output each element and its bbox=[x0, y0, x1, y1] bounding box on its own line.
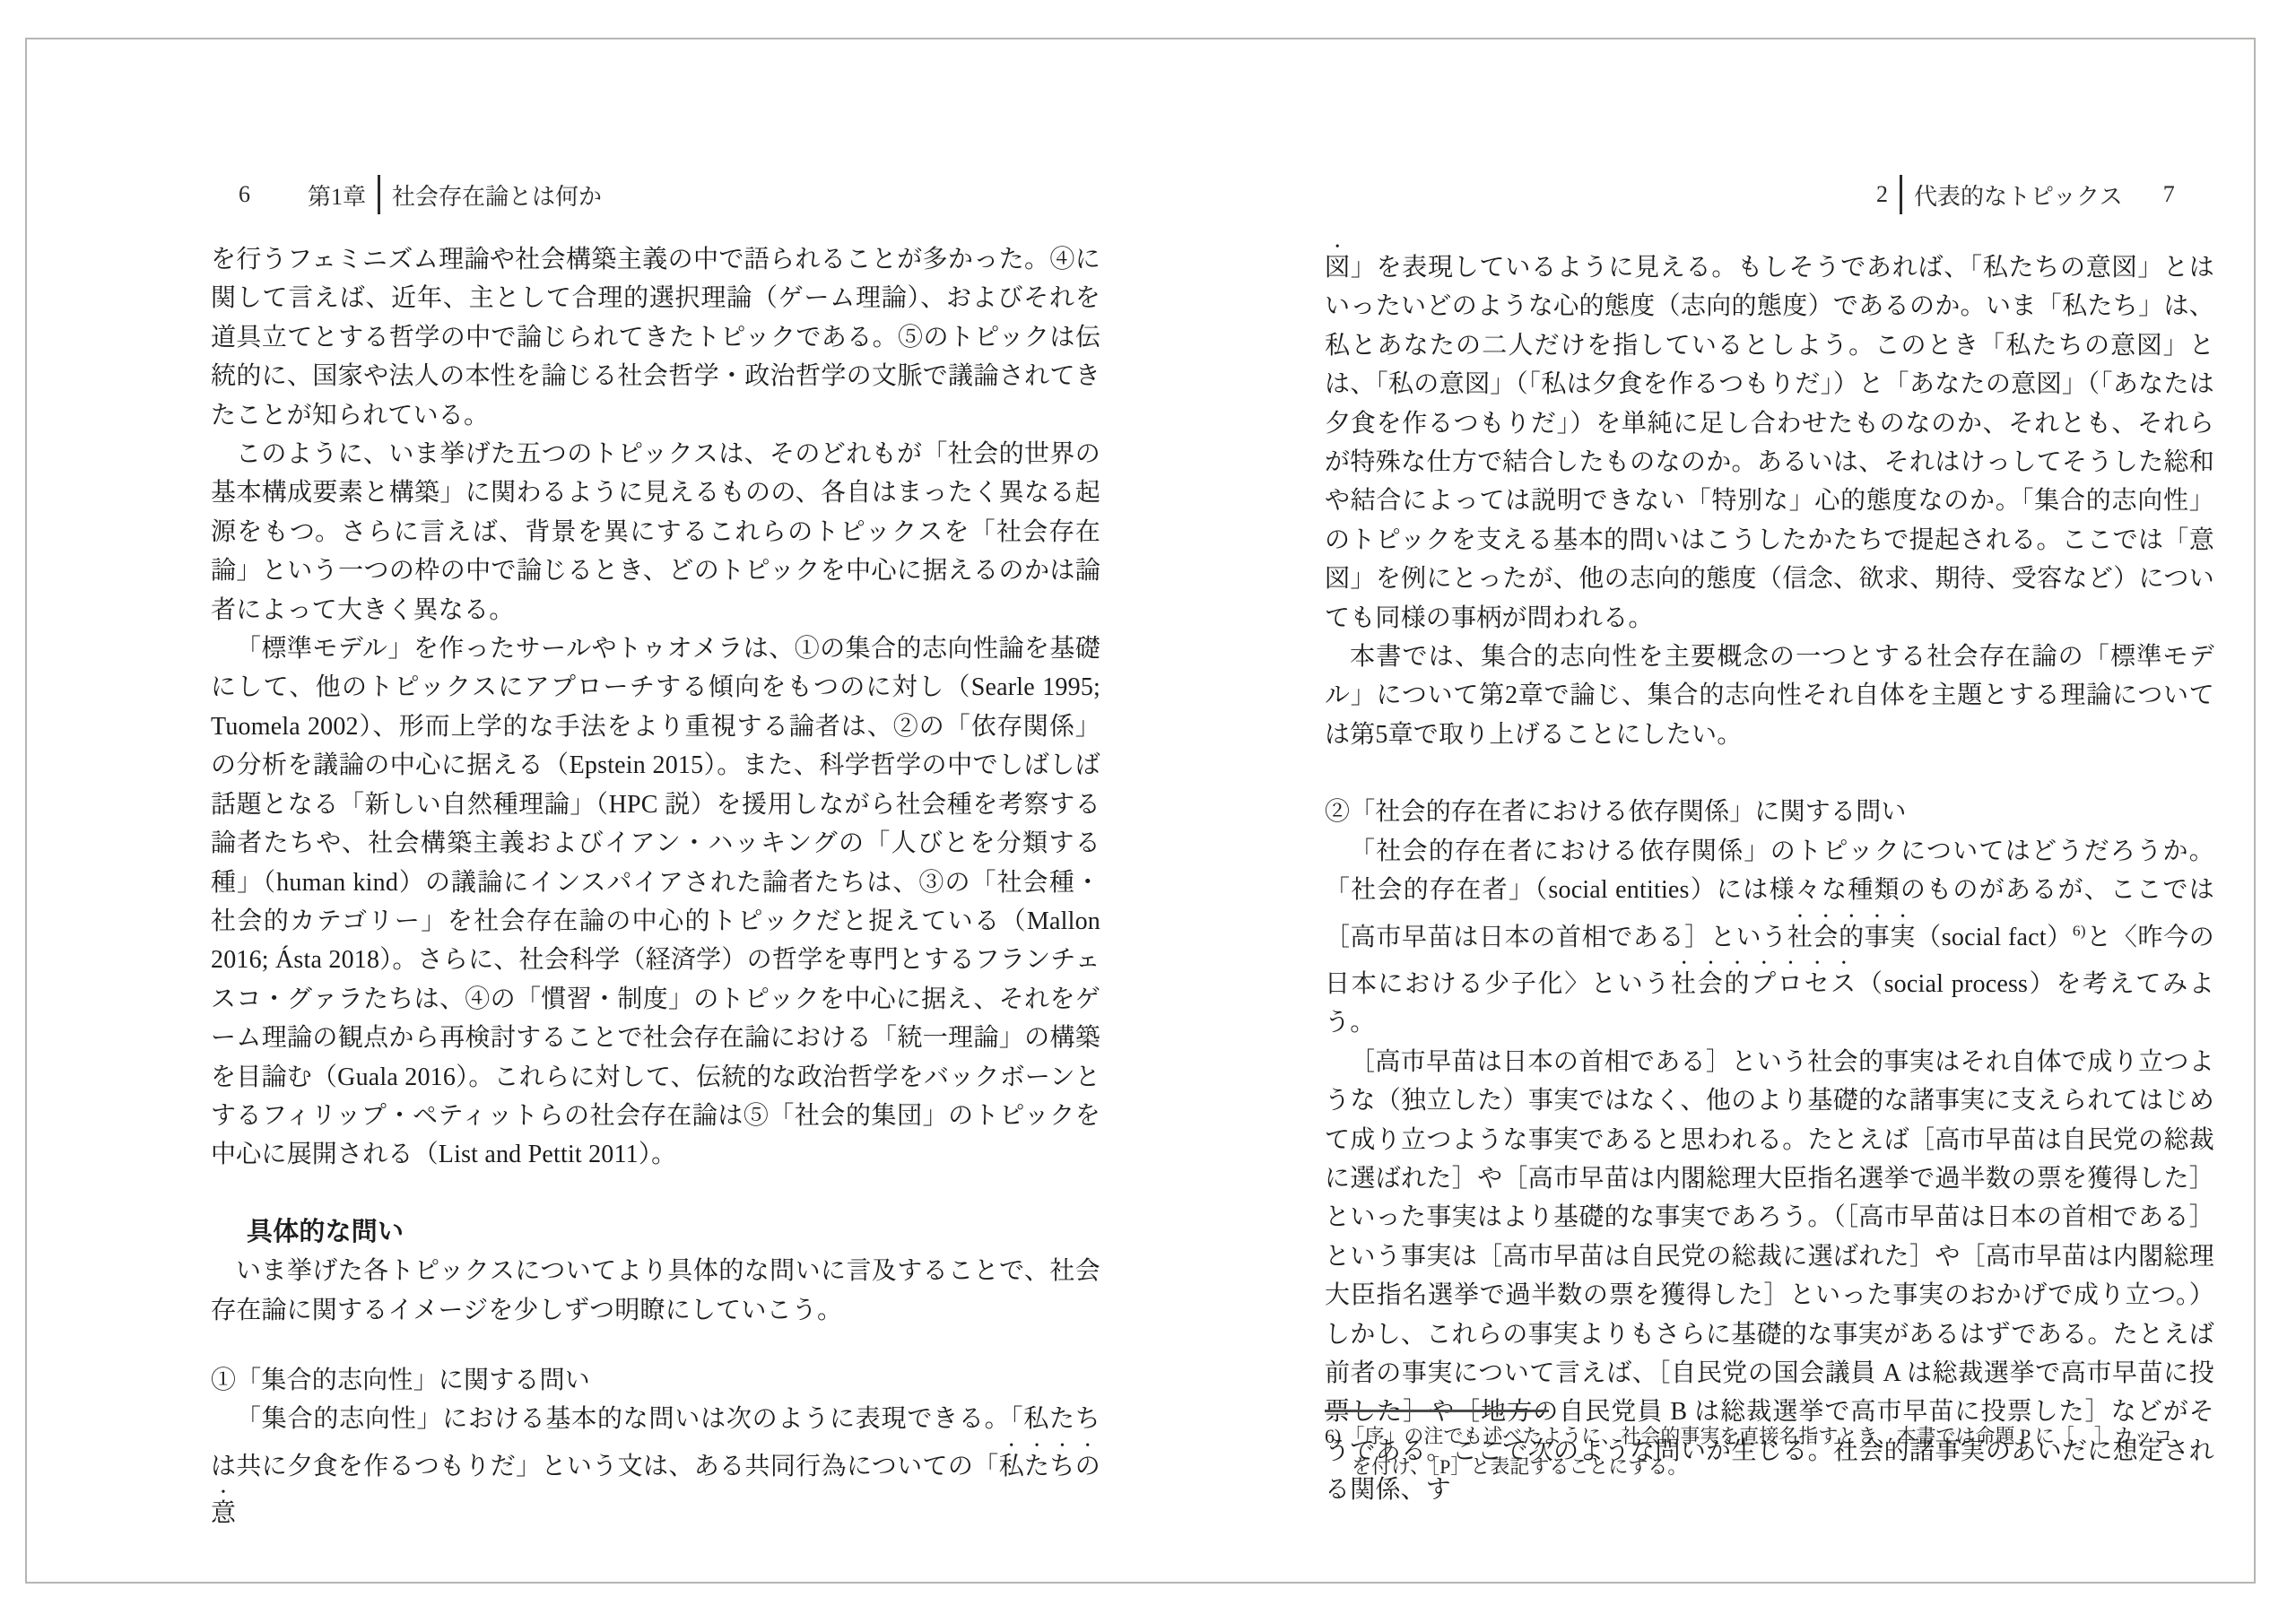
section-number: 2 bbox=[1876, 181, 1888, 208]
footnote-text: 6)「序」の注でも述べたように、社会的事実を直接名指すとき、本書では命題 P に… bbox=[1325, 1421, 2181, 1482]
chapter-title: 社会存在論とは何か bbox=[392, 178, 602, 212]
footnote-separator-rule bbox=[1325, 1410, 1549, 1412]
book-page-spread: 6 第1章 社会存在論とは何か 2 代表的なトピックス 7 を行うフェミニズム理… bbox=[25, 38, 2256, 1584]
left-text-column: を行うフェミニズム理論や社会構築主義の中で語られることが多かった。④に関して言え… bbox=[211, 240, 1100, 1533]
paragraph: いま挙げた各トピックスについてより具体的な問いに言及することで、社会存在論に関す… bbox=[211, 1252, 1100, 1330]
paragraph: 「集合的志向性」における基本的な問いは次のように表現できる。「私たちは共に夕食を… bbox=[211, 1400, 1100, 1532]
left-page-number: 6 bbox=[239, 181, 250, 208]
footnote-reference: 6) bbox=[2073, 922, 2086, 939]
paragraph: 図」を表現しているように見える。もしそうであれば、「私たちの意図」とはいったいど… bbox=[1325, 240, 2214, 638]
left-running-head: 6 第1章 社会存在論とは何か bbox=[239, 174, 602, 215]
chapter-label: 第1章 bbox=[308, 178, 366, 212]
right-text-column: 図」を表現しているように見える。もしそうであれば、「私たちの意図」とはいったいど… bbox=[1325, 240, 2214, 1510]
paragraph: 「標準モデル」を作ったサールやトゥオメラは、①の集合的志向性論を基礎にして、他の… bbox=[211, 629, 1100, 1175]
paragraph: 本書では、集合的志向性を主要概念の一つとする社会存在論の「標準モデル」について第… bbox=[1325, 638, 2214, 754]
numbered-subheading: ①「集合的志向性」に関する問い bbox=[211, 1361, 1100, 1400]
footnote-block: 6)「序」の注でも述べたように、社会的事実を直接名指すとき、本書では命題 P に… bbox=[1325, 1410, 2181, 1482]
text-run: 」を表現しているように見える。もしそうであれば、「私たちの意図」とはいったいどの… bbox=[1325, 254, 2214, 632]
paragraph: を行うフェミニズム理論や社会構築主義の中で語られることが多かった。④に関して言え… bbox=[211, 240, 1100, 435]
numbered-subheading: ②「社会的存在者における依存関係」に関する問い bbox=[1325, 793, 2214, 831]
footnote-number: 6) bbox=[1325, 1425, 1341, 1447]
emphasized-text: 図 bbox=[1325, 254, 1351, 282]
text-run: （social fact） bbox=[1916, 924, 2073, 951]
emphasized-text: 社会的事実 bbox=[1787, 924, 1916, 951]
paragraph: このように、いま挙げた五つのトピックスは、そのどれもが「社会的世界の基本構成要素… bbox=[211, 435, 1100, 629]
emphasized-text: 社会的プロセス bbox=[1671, 970, 1857, 998]
paragraph: 「社会的存在者における依存関係」のトピックについてはどうだろうか。「社会的存在者… bbox=[1325, 832, 2214, 1043]
right-page-number: 7 bbox=[2163, 181, 2175, 208]
footnote-body: 「序」の注でも述べたように、社会的事実を直接名指すとき、本書では命題 P に［ … bbox=[1344, 1425, 2172, 1478]
section-heading: 具体的な問い bbox=[211, 1213, 1100, 1252]
section-title: 代表的なトピックス bbox=[1914, 178, 2123, 212]
header-divider-bar bbox=[378, 175, 380, 214]
text-run: 「集合的志向性」における基本的な問いは次のように表現できる。「私たちは共に夕食を… bbox=[211, 1405, 1100, 1480]
header-divider-bar bbox=[1900, 175, 1902, 214]
right-running-head: 2 代表的なトピックス 7 bbox=[1876, 174, 2175, 215]
